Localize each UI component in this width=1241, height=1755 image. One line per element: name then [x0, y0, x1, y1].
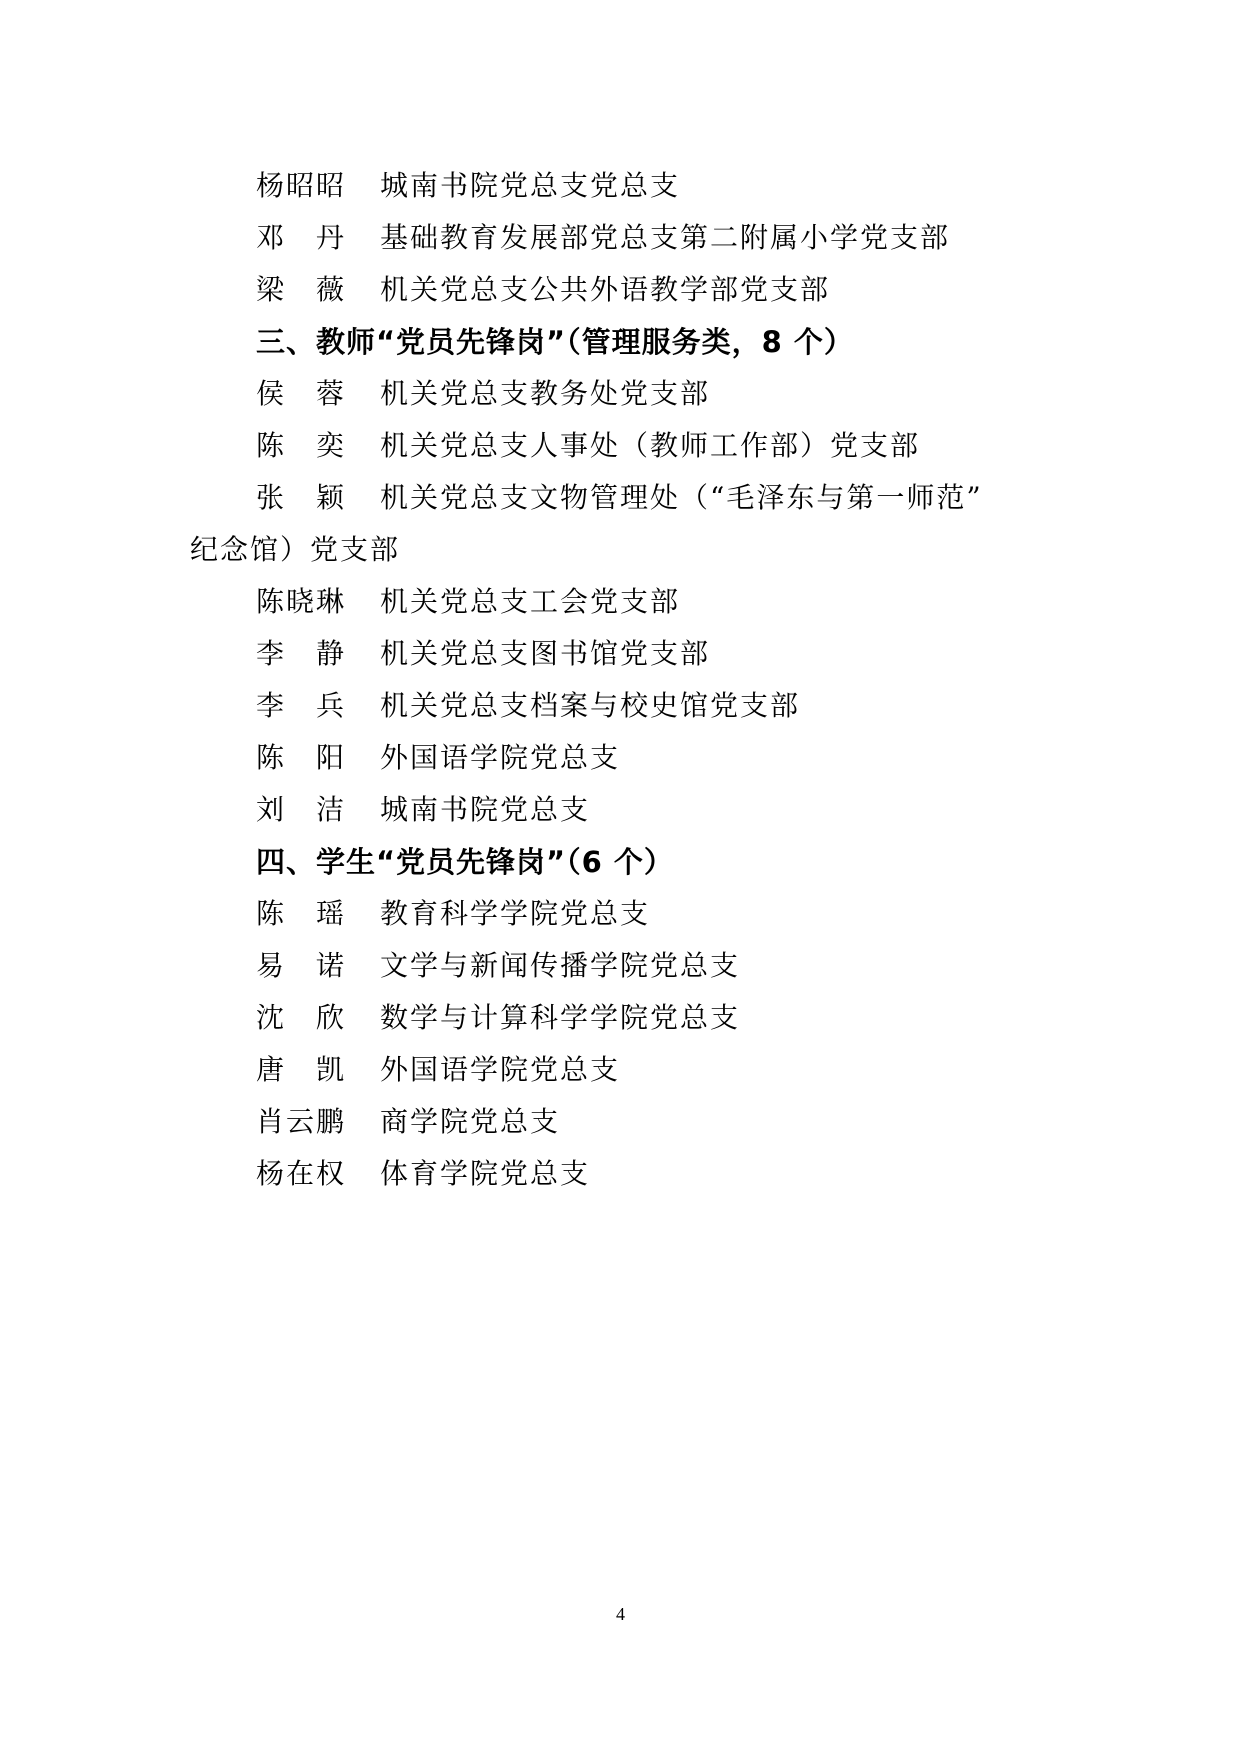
list-item: 陈 奕机关党总支人事处（教师工作部）党支部 — [256, 420, 920, 472]
person-name: 杨昭昭 — [256, 160, 380, 212]
page-number: 4 — [0, 1604, 1241, 1625]
person-name: 李 兵 — [256, 680, 380, 732]
list-item: 侯 蓉机关党总支教务处党支部 — [256, 368, 710, 420]
list-item: 唐 凯外国语学院党总支 — [256, 1044, 620, 1096]
person-name: 易 诺 — [256, 940, 380, 992]
organization: 机关党总支公共外语教学部党支部 — [380, 264, 830, 316]
list-item: 李 静机关党总支图书馆党支部 — [256, 628, 710, 680]
organization: 城南书院党总支党总支 — [380, 160, 680, 212]
section-heading: 四、学生“党员先锋岗”（6 个） — [256, 836, 674, 888]
organization: 基础教育发展部党总支第二附属小学党支部 — [380, 212, 950, 264]
list-item: 陈晓琳机关党总支工会党支部 — [256, 576, 680, 628]
document-page: 杨昭昭城南书院党总支党总支 邓 丹基础教育发展部党总支第二附属小学党支部 梁 薇… — [0, 0, 1241, 1755]
organization: 教育科学学院党总支 — [380, 888, 650, 940]
organization: 外国语学院党总支 — [380, 1044, 620, 1096]
list-item: 陈 阳外国语学院党总支 — [256, 732, 620, 784]
organization: 机关党总支图书馆党支部 — [380, 628, 710, 680]
organization: 数学与计算科学学院党总支 — [380, 992, 740, 1044]
person-name: 沈 欣 — [256, 992, 380, 1044]
organization: 文学与新闻传播学院党总支 — [380, 940, 740, 992]
organization: 机关党总支工会党支部 — [380, 576, 680, 628]
person-name: 陈 阳 — [256, 732, 380, 784]
person-name: 陈晓琳 — [256, 576, 380, 628]
organization: 外国语学院党总支 — [380, 732, 620, 784]
organization: 机关党总支档案与校史馆党支部 — [380, 680, 800, 732]
list-item: 梁 薇机关党总支公共外语教学部党支部 — [256, 264, 830, 316]
person-name: 张 颖 — [256, 472, 380, 524]
list-item: 李 兵机关党总支档案与校史馆党支部 — [256, 680, 800, 732]
list-item: 刘 洁城南书院党总支 — [256, 784, 590, 836]
organization: 机关党总支人事处（教师工作部）党支部 — [380, 420, 920, 472]
person-name: 杨在权 — [256, 1148, 380, 1200]
person-name: 侯 蓉 — [256, 368, 380, 420]
person-name: 肖云鹏 — [256, 1096, 380, 1148]
list-item: 张 颖机关党总支文物管理处（“毛泽东与第一师范” — [256, 472, 983, 524]
section-heading: 三、教师“党员先锋岗”（管理服务类，8 个） — [256, 316, 854, 368]
organization: 城南书院党总支 — [380, 784, 590, 836]
person-name: 李 静 — [256, 628, 380, 680]
organization: 机关党总支教务处党支部 — [380, 368, 710, 420]
person-name: 唐 凯 — [256, 1044, 380, 1096]
organization-continued: 纪念馆）党支部 — [190, 524, 400, 576]
organization: 机关党总支文物管理处（“毛泽东与第一师范” — [380, 472, 983, 524]
person-name: 邓 丹 — [256, 212, 380, 264]
person-name: 刘 洁 — [256, 784, 380, 836]
list-item: 杨昭昭城南书院党总支党总支 — [256, 160, 680, 212]
person-name: 梁 薇 — [256, 264, 380, 316]
list-item: 肖云鹏商学院党总支 — [256, 1096, 560, 1148]
organization: 体育学院党总支 — [380, 1148, 590, 1200]
list-item: 易 诺文学与新闻传播学院党总支 — [256, 940, 740, 992]
person-name: 陈 奕 — [256, 420, 380, 472]
organization: 商学院党总支 — [380, 1096, 560, 1148]
list-item: 陈 瑶教育科学学院党总支 — [256, 888, 650, 940]
list-item: 杨在权体育学院党总支 — [256, 1148, 590, 1200]
person-name: 陈 瑶 — [256, 888, 380, 940]
list-item: 沈 欣数学与计算科学学院党总支 — [256, 992, 740, 1044]
list-item: 邓 丹基础教育发展部党总支第二附属小学党支部 — [256, 212, 950, 264]
